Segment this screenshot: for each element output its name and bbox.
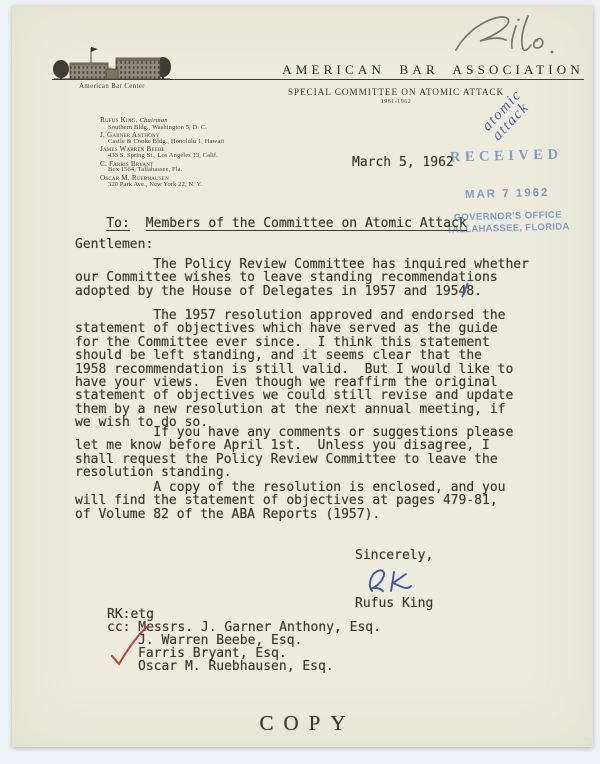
member-address: Box 1564, Tallahassee, Fla. xyxy=(100,167,224,173)
stamp-date: MAR 7 1962 xyxy=(421,186,593,202)
paragraph-1: The Policy Review Committee has inquired… xyxy=(75,258,529,298)
letter-page: American Bar Center AMERICAN BAR ASSOCIA… xyxy=(12,6,593,747)
committee-name: SPECIAL COMMITTEE ON ATOMIC ATTACK xyxy=(246,88,546,98)
to-value: Members of the Committee on Atomic Attac… xyxy=(146,216,467,231)
member-address: 433 S. Spring St., Los Angeles 13, Calif… xyxy=(100,153,224,159)
paragraph-3: If you have any comments or suggestions … xyxy=(75,426,513,480)
committee-member-list: Rufus King, Chairman Southern Bldg., Was… xyxy=(100,117,224,189)
closing: Sincerely, xyxy=(355,549,433,562)
member-entry: Oscar M. Ruebhausen 320 Park Ave., New Y… xyxy=(100,175,224,188)
salutation: Gentlemen: xyxy=(75,238,153,251)
building-caption: American Bar Center xyxy=(42,83,182,90)
member-entry: Rufus King, Chairman Southern Bldg., Was… xyxy=(100,117,224,131)
american-bar-center-illustration xyxy=(52,45,172,80)
member-entry: James Warren Beebe 433 S. Spring St., Lo… xyxy=(100,146,224,159)
member-address: 320 Park Ave., New York 22, N. Y. xyxy=(100,182,224,188)
member-entry: C. Farris Bryant Box 1564, Tallahassee, … xyxy=(100,161,224,174)
to-label: To: xyxy=(106,216,129,231)
member-entry: J. Garner Anthony Castle & Cooke Bldg., … xyxy=(100,132,224,145)
letter-date: March 5, 1962 xyxy=(352,156,454,169)
paragraph-4: A copy of the resolution is enclosed, an… xyxy=(75,481,505,521)
red-checkmark-annotation xyxy=(106,618,154,668)
member-name: Rufus King, xyxy=(100,116,137,124)
signer-name: Rufus King xyxy=(355,597,433,610)
copy-label: COPY xyxy=(12,711,593,736)
cc-line: Oscar M. Ruebhausen, Esq. xyxy=(138,660,334,673)
paragraph-2: The 1957 resolution approved and endorse… xyxy=(75,309,513,430)
received-stamp: RECEIVED MAR 7 1962 GOVERNOR'S OFFICE TA… xyxy=(420,146,592,151)
member-title: Chairman xyxy=(139,117,167,124)
signature-initials-rk xyxy=(364,564,416,598)
